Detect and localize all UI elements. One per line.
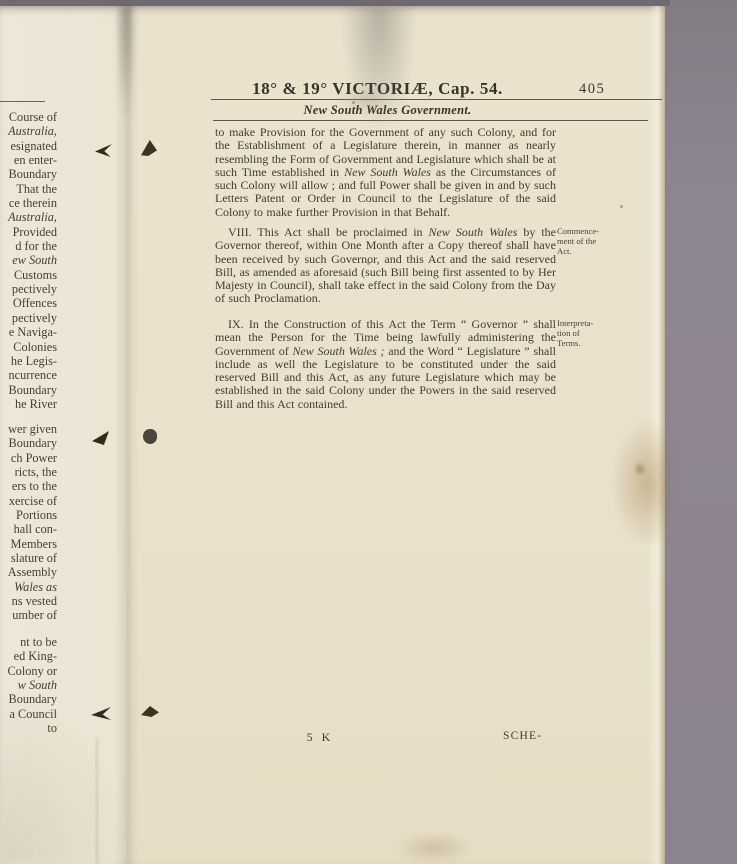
truncated-line: esignated [0, 139, 57, 153]
margin-note-line: Commence- [557, 226, 635, 236]
truncated-line: hall con- [0, 522, 57, 536]
truncated-line: he River [0, 397, 57, 411]
text-segment: VIII. This Act shall be proclaimed in [228, 225, 429, 239]
speck [620, 205, 623, 208]
truncated-line: Members [0, 537, 57, 551]
truncated-line: a Council [0, 707, 57, 721]
truncated-line: Boundary [0, 692, 57, 706]
speck [367, 262, 370, 265]
truncated-line: pectively [0, 282, 57, 296]
margin-note-interpretation: Interpreta-tion ofTerms. [557, 318, 635, 348]
document-scan: Course ofAustralia,esignateden enter-Bou… [0, 0, 737, 864]
truncated-line: umber of [0, 608, 57, 622]
truncated-line: to [0, 721, 57, 735]
truncated-line: ers to the [0, 479, 57, 493]
truncated-line: pectively [0, 311, 57, 325]
text-segment: New South Wales [344, 165, 431, 179]
margin-note-line: Act. [557, 246, 635, 256]
truncated-line: Assembly [0, 565, 57, 579]
truncated-line: ricts, the [0, 465, 57, 479]
truncated-line: he Legis- [0, 354, 57, 368]
truncated-line: ncurrence [0, 368, 57, 382]
text-segment: New South Wales ; [292, 344, 384, 358]
margin-note-line: ment of the [557, 236, 635, 246]
left-page-header-rule [0, 101, 45, 102]
truncated-line: ce therein [0, 196, 57, 210]
truncated-line: xercise of [0, 494, 57, 508]
running-title: New South Wales Government. [215, 103, 560, 118]
margin-note-line: Terms. [557, 338, 635, 348]
act-section-viii: VIII. This Act shall be proclaimed in Ne… [215, 226, 556, 306]
truncated-line: nt to be [0, 635, 57, 649]
truncated-line: Colony or [0, 664, 57, 678]
truncated-line: e Naviga- [0, 325, 57, 339]
truncated-line: Colonies [0, 340, 57, 354]
header-rule-bottom [213, 120, 648, 121]
truncated-line: Boundary [0, 383, 57, 397]
truncated-line: Offences [0, 296, 57, 310]
speck [352, 101, 355, 104]
header-rule-top [211, 99, 662, 100]
truncated-line: slature of [0, 551, 57, 565]
truncated-line: Australia, [0, 210, 57, 224]
signature-mark: 5 K [300, 730, 340, 745]
binding-mark [143, 429, 157, 444]
truncated-line: Boundary [0, 436, 57, 450]
truncated-line: That the [0, 182, 57, 196]
truncated-line: Course of [0, 110, 57, 124]
act-section-ix: IX. In the Construction of this Act the … [215, 318, 556, 411]
truncated-line: ch Power [0, 451, 57, 465]
truncated-line: Customs [0, 268, 57, 282]
margin-note-line: tion of [557, 328, 635, 338]
truncated-line: Provided [0, 225, 57, 239]
truncated-line: Portions [0, 508, 57, 522]
truncated-line: ew South [0, 253, 57, 267]
left-page-fragment-group: Course ofAustralia,esignateden enter-Bou… [0, 110, 57, 411]
truncated-line: d for the [0, 239, 57, 253]
truncated-line: w South [0, 678, 57, 692]
page-top-shadow [0, 0, 670, 6]
catchword: SCHE- [503, 730, 542, 742]
page-number: 405 [579, 81, 605, 98]
truncated-line: en enter- [0, 153, 57, 167]
act-paragraph-continuation: to make Provision for the Government of … [215, 126, 556, 219]
text-segment: New South Wales [429, 225, 518, 239]
truncated-line: Australia, [0, 124, 57, 138]
bottom-left-crease [96, 738, 98, 864]
truncated-line: wer given [0, 422, 57, 436]
truncated-line: Wales as [0, 580, 57, 594]
left-page-fragment-group: wer givenBoundarych Powerricts, theers t… [0, 422, 57, 623]
act-title: 18° & 19° VICTORIÆ, Cap. 54. [205, 79, 550, 99]
truncated-line: Boundary [0, 167, 57, 181]
margin-note-commencement: Commence-ment of theAct. [557, 226, 635, 256]
margin-note-line: Interpreta- [557, 318, 635, 328]
truncated-line: ns vested [0, 594, 57, 608]
truncated-line: ed King- [0, 649, 57, 663]
left-page-fragment-group: nt to beed King-Colony orw SouthBoundary… [0, 635, 57, 735]
